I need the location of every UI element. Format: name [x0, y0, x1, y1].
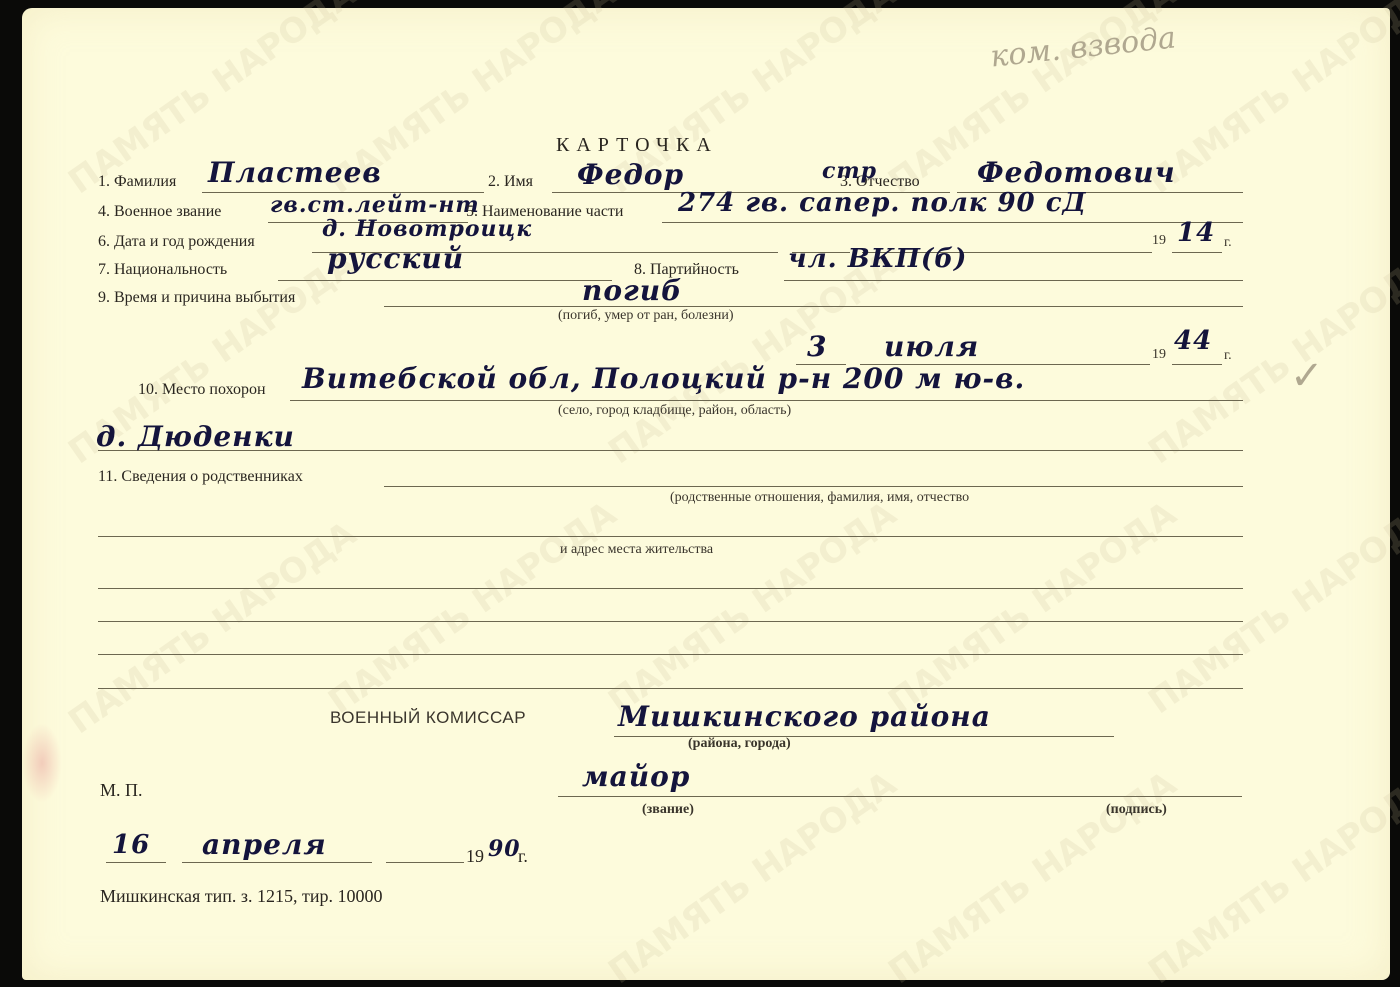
patronymic-annotation: стр	[822, 158, 877, 184]
death-year-suffix: г.	[1224, 348, 1232, 364]
commissar-hint: (района, города)	[688, 736, 791, 752]
birth-year-prefix: 19	[1152, 233, 1166, 249]
departure-hint: (погиб, умер от ран, болезни)	[558, 308, 734, 324]
birth-year-suffix: г.	[1224, 235, 1232, 251]
commissar-rank-value: майор	[582, 760, 690, 793]
issue-day-value: 16	[112, 830, 150, 860]
surname-value: Пластеев	[208, 156, 382, 189]
surname-label: 1. Фамилия	[98, 173, 176, 191]
record-card: ПАМЯТЬ НАРОДА ПАМЯТЬ НАРОДА ПАМЯТЬ НАРОД…	[22, 8, 1390, 980]
burial-label: 10. Место похорон	[138, 381, 266, 399]
relatives-hint2: и адрес места жительства	[560, 542, 713, 558]
issue-year-prefix: 19	[466, 846, 484, 867]
commissar-rank-hint: (звание)	[642, 802, 694, 818]
watermark: ПАМЯТЬ НАРОДА	[881, 764, 1183, 987]
printer-info: Мишкинская тип. з. 1215, тир. 10000	[100, 886, 382, 907]
issue-year-suffix: г.	[518, 846, 528, 867]
death-day-value: 3	[807, 330, 827, 363]
watermark: ПАМЯТЬ НАРОДА	[1141, 0, 1400, 202]
signature-hint: (подпись)	[1106, 802, 1167, 818]
watermark: ПАМЯТЬ НАРОДА	[1141, 244, 1400, 472]
burial-hint: (село, город кладбище, район, область)	[558, 403, 791, 419]
birth-place-value: д. Новотроицк	[322, 216, 532, 242]
watermark: ПАМЯТЬ НАРОДА	[61, 514, 363, 742]
seal-label: М. П.	[100, 780, 143, 801]
death-year-value: 44	[1174, 326, 1212, 356]
commissar-label: ВОЕННЫЙ КОМИССАР	[330, 708, 526, 728]
unit-value: 274 гв. сапер. полк 90 сД	[678, 188, 1087, 218]
departure-value: погиб	[582, 274, 682, 307]
check-mark-icon: ✓	[1290, 353, 1324, 399]
nationality-label: 7. Национальность	[98, 261, 227, 279]
name-label: 2. Имя	[488, 173, 533, 191]
nationality-value: русский	[327, 242, 464, 275]
issue-year-value: 90	[488, 836, 521, 862]
birth-year-value: 14	[1177, 218, 1215, 248]
relatives-hint1: (родственные отношения, фамилия, имя, от…	[670, 490, 969, 506]
rank-value: гв.ст.лейт-нт	[270, 192, 480, 218]
issue-month-value: апреля	[202, 828, 327, 861]
watermark: ПАМЯТЬ НАРОДА	[601, 764, 903, 987]
party-value: чл. ВКП(б)	[788, 244, 967, 274]
death-year-prefix: 19	[1152, 347, 1166, 363]
rank-label: 4. Военное звание	[98, 203, 221, 221]
death-month-value: июля	[884, 330, 979, 363]
birth-label: 6. Дата и год рождения	[98, 233, 255, 251]
name-value: Федор	[577, 158, 684, 191]
departure-label: 9. Время и причина выбытия	[98, 289, 295, 307]
commissar-value: Мишкинского района	[618, 700, 991, 733]
red-stain	[22, 723, 62, 803]
patronymic-value: Федотович	[977, 156, 1176, 189]
burial-value-line2: д. Дюденки	[96, 420, 295, 453]
card-title: КАРТОЧКА	[556, 134, 718, 157]
burial-value-line1: Витебской обл, Полоцкий р-н 200 м ю-в.	[302, 362, 1025, 395]
relatives-label: 11. Сведения о родственниках	[98, 468, 303, 486]
